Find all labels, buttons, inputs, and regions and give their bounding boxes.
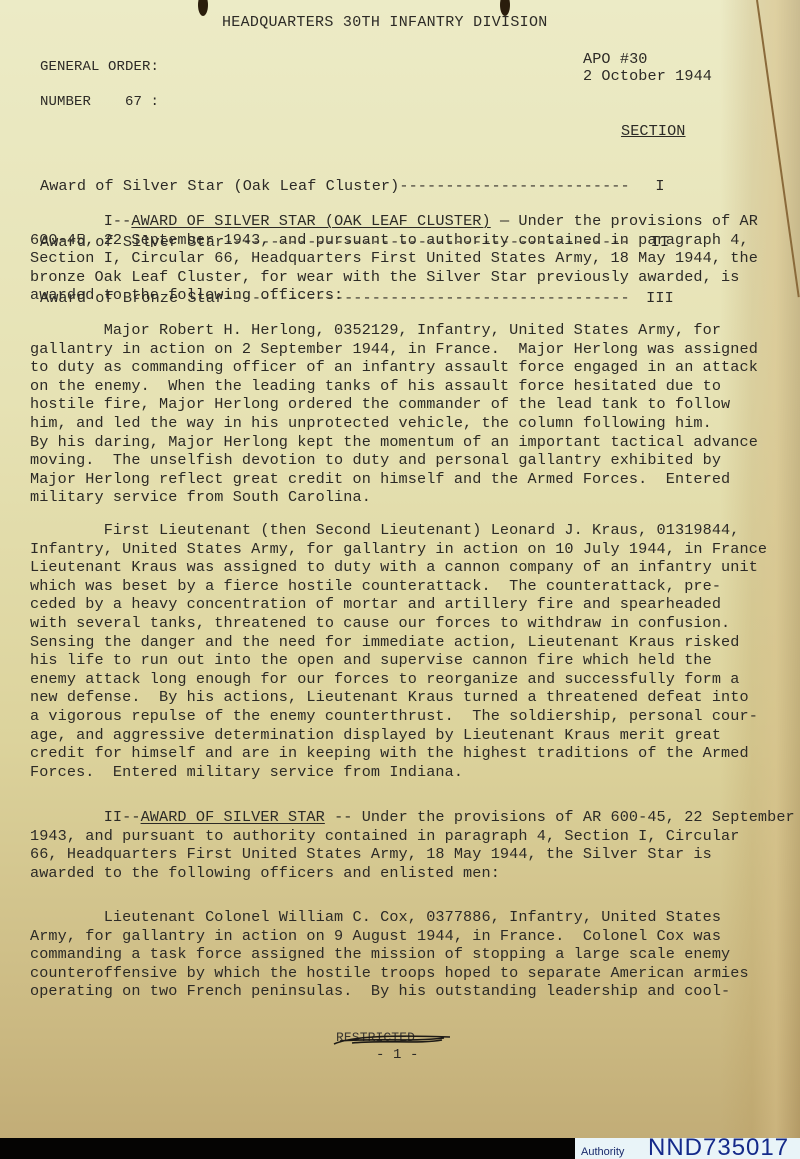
authority-code: NND735017: [648, 1138, 789, 1159]
text-line: military service from South Carolina.: [30, 488, 775, 507]
authority-label: Authority: [581, 1146, 624, 1158]
number-value: 67 :: [125, 94, 159, 110]
document-page: HEADQUARTERS 30TH INFANTRY DIVISION GENE…: [0, 0, 800, 1138]
text-line: age, and aggressive determination displa…: [30, 726, 775, 745]
toc-entry-label: Award of Silver Star (Oak Leaf Cluster): [40, 177, 399, 196]
citation-cox: Lieutenant Colonel William C. Cox, 03778…: [30, 908, 775, 1001]
text-line: ceded by a heavy concentration of mortar…: [30, 595, 775, 614]
text-line: Lieutenant Kraus was assigned to duty wi…: [30, 558, 775, 577]
section-1-prefix: I--: [104, 212, 132, 230]
section-1-intro: I--AWARD OF SILVER STAR (OAK LEAF CLUSTE…: [30, 212, 775, 305]
text-line: a vigorous repulse of the enemy countert…: [30, 707, 775, 726]
section-2-prefix: II--: [104, 808, 141, 826]
page-number: - 1 -: [376, 1046, 419, 1065]
text-line: 66, Headquarters First United States Arm…: [30, 845, 775, 864]
text-line: with several tanks, threatened to cause …: [30, 614, 775, 633]
number-label: NUMBER: [40, 94, 91, 110]
authority-tag: Authority NND735017: [575, 1138, 800, 1159]
text-line: which was beset by a fierce hostile coun…: [30, 577, 775, 596]
restricted-stamp: RESTRICTED: [332, 1032, 452, 1046]
text-line: credit for himself and are in keeping wi…: [30, 744, 775, 763]
text-line: new defense. By his actions, Lieutenant …: [30, 688, 775, 707]
text-line: bronze Oak Leaf Cluster, for wear with t…: [30, 268, 775, 287]
apo-number: APO #30: [583, 50, 648, 69]
section-2-intro: II--AWARD OF SILVER STAR -- Under the pr…: [30, 808, 775, 882]
text-line: Lieutenant Colonel William C. Cox, 03778…: [30, 908, 775, 927]
toc-section-heading: SECTION: [621, 122, 686, 141]
text-line: awarded to the following officers:: [30, 286, 775, 305]
text-line: By his daring, Major Herlong kept the mo…: [30, 433, 775, 452]
text-line: awarded to the following officers and en…: [30, 864, 775, 883]
section-1-heading: AWARD OF SILVER STAR (OAK LEAF CLUSTER): [131, 212, 490, 230]
toc-entry-section: I: [630, 177, 690, 196]
text-line: counteroffensive by which the hostile tr…: [30, 964, 775, 983]
citation-herlong: Major Robert H. Herlong, 0352129, Infant…: [30, 321, 775, 507]
text-line: Infantry, United States Army, for gallan…: [30, 540, 775, 559]
text-line: Major Herlong reflect great credit on hi…: [30, 470, 775, 489]
text-line: Major Robert H. Herlong, 0352129, Infant…: [30, 321, 775, 340]
text-line: Army, for gallantry in action on 9 Augus…: [30, 927, 775, 946]
section-2-first-line: II--AWARD OF SILVER STAR -- Under the pr…: [30, 808, 775, 827]
general-order-label: GENERAL ORDER:: [40, 58, 159, 77]
text-line: Forces. Entered military service from In…: [30, 763, 775, 782]
document-title: HEADQUARTERS 30TH INFANTRY DIVISION: [222, 14, 548, 33]
order-number: NUMBER 67 :: [40, 93, 159, 112]
text-line: gallantry in action on 2 September 1944,…: [30, 340, 775, 359]
scan-border: [0, 1138, 575, 1159]
text-line: to duty as commanding officer of an infa…: [30, 358, 775, 377]
section-1-first-line: I--AWARD OF SILVER STAR (OAK LEAF CLUSTE…: [30, 212, 775, 231]
toc-leader: ----------------------------------------…: [399, 177, 630, 196]
text-line: him, and led the way in his unprotected …: [30, 414, 775, 433]
citation-kraus: First Lieutenant (then Second Lieutenant…: [30, 521, 775, 781]
text-line: Sensing the danger and the need for imme…: [30, 633, 775, 652]
strikethrough-scribble-icon: [332, 1032, 452, 1046]
text-line: on the enemy. When the leading tanks of …: [30, 377, 775, 396]
order-date: 2 October 1944: [583, 67, 712, 86]
text-line: hostile fire, Major Herlong ordered the …: [30, 395, 775, 414]
text-line: 1943, and pursuant to authority containe…: [30, 827, 775, 846]
section-2-heading: AWARD OF SILVER STAR: [141, 808, 325, 826]
text-line: moving. The unselfish devotion to duty a…: [30, 451, 775, 470]
text-line: enemy attack long enough for our forces …: [30, 670, 775, 689]
text-line: his life to run out into the open and su…: [30, 651, 775, 670]
text-line: Section I, Circular 66, Headquarters Fir…: [30, 249, 775, 268]
text-line: 600-45, 22 September 1943, and pursuant …: [30, 231, 775, 250]
punch-hole-icon: [198, 0, 208, 16]
text-line: commanding a task force assigned the mis…: [30, 945, 775, 964]
toc-entry: Award of Silver Star (Oak Leaf Cluster) …: [40, 177, 690, 196]
text-line: First Lieutenant (then Second Lieutenant…: [30, 521, 775, 540]
text-line: operating on two French peninsulas. By h…: [30, 982, 775, 1001]
